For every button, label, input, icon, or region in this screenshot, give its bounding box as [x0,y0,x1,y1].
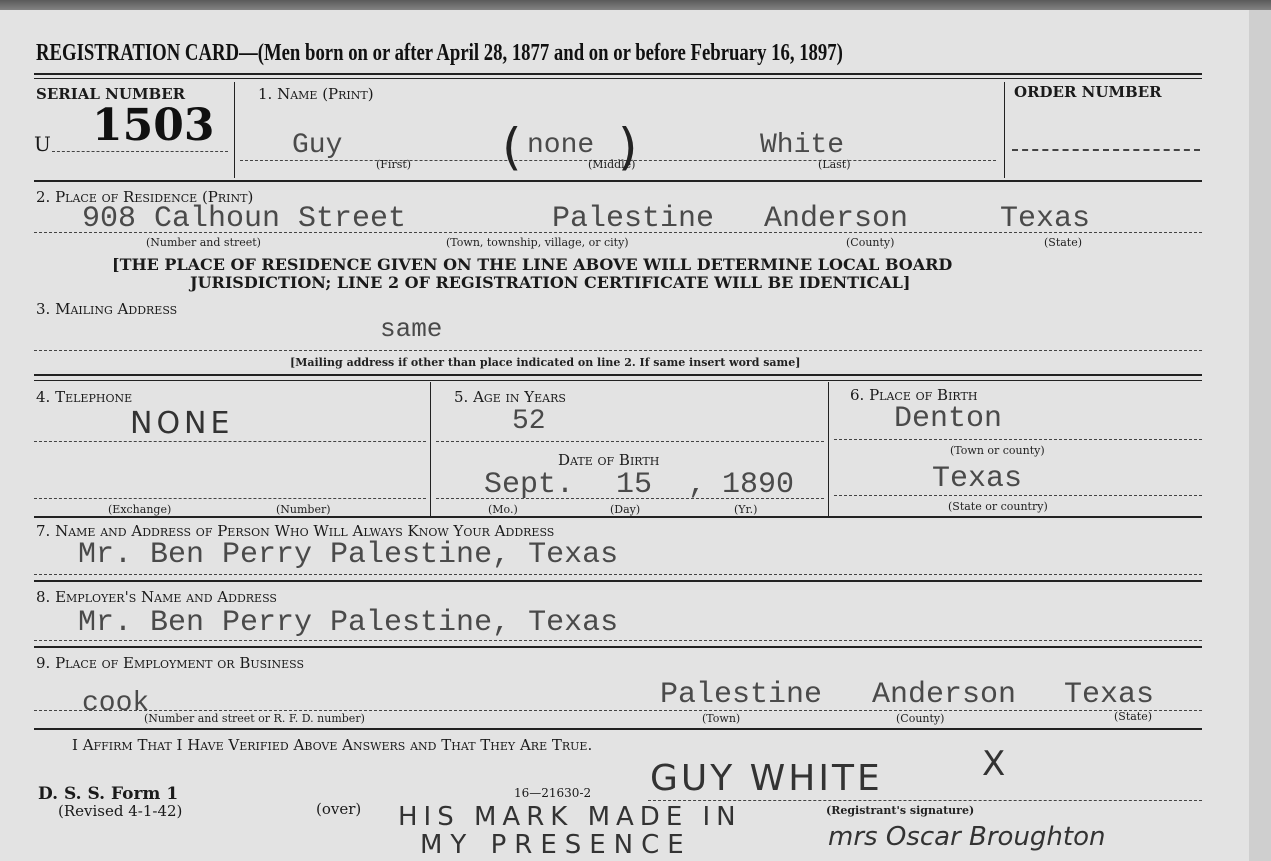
form-revised: (Revised 4-1-42) [58,802,182,820]
witness-note-line1: HIS MARK MADE IN [398,802,742,832]
order-number-label: ORDER NUMBER [1014,83,1162,101]
section-rule [34,646,1202,648]
registrant-signature: GUY WHITE [650,758,883,799]
telephone-line-2 [34,498,426,499]
birthplace-state-value: Texas [932,462,1022,496]
contact-value: Mr. Ben Perry Palestine, Texas [78,538,618,572]
middle-paren-open: ( [502,118,522,176]
birthplace-line [834,439,1202,440]
employment-street-caption: (Number and street or R. F. D. number) [144,712,365,725]
residence-street-value: 908 Calhoun Street [82,202,406,236]
telephone-line [34,441,426,442]
employment-county-caption: (County) [896,712,944,725]
contact-line [34,574,1202,575]
employment-county-value: Anderson [872,678,1016,712]
mailing-caption: [Mailing address if other than place ind… [290,356,800,369]
over-note: (over) [316,800,361,818]
serial-prefix: U [34,132,51,156]
signature-caption: (Registrant's signature) [826,804,974,817]
card-title: REGISTRATION CARD—(Men born on or after … [36,40,843,67]
employment-state-value: Texas [1064,678,1154,712]
section-rule [34,516,1202,518]
affirmation-text: I Affirm That I Have Verified Above Answ… [72,736,592,754]
name-label: 1. Name (Print) [258,85,374,103]
witness-note-line2: MY PRESENCE [420,830,692,860]
employer-value: Mr. Ben Perry Palestine, Texas [78,606,618,640]
county-caption: (County) [846,236,894,249]
last-name-caption: (Last) [818,158,851,171]
employment-line [34,710,1202,711]
section-rule [34,728,1202,730]
title-rule [34,73,1202,75]
witness-signature: mrs Oscar Broughton [828,822,1106,852]
town-caption: (Town, township, village, or city) [446,236,629,249]
print-code: 16—21630-2 [514,786,591,800]
serial-line [52,151,228,152]
dob-separator: , [688,468,706,502]
number-caption: (Number) [276,503,331,516]
divider [1004,82,1005,178]
divider [430,382,431,518]
employer-line [34,640,1202,641]
middle-name-caption: (Middle) [588,158,635,171]
dob-year-value: 1890 [722,468,794,502]
mailing-line [34,350,1202,351]
age-line [436,441,824,442]
employment-town-caption: (Town) [702,712,740,725]
card-right-edge [1249,10,1271,861]
mailing-address-value: same [380,314,442,344]
street-caption: (Number and street) [146,236,261,249]
age-label: 5. Age in Years [454,388,566,406]
divider [234,82,235,178]
age-value: 52 [512,406,546,437]
mailing-address-label: 3. Mailing Address [36,300,177,318]
month-caption: (Mo.) [488,503,518,516]
birthplace-state-caption: (State or country) [948,500,1048,513]
birthplace-town-caption: (Town or county) [950,444,1045,457]
year-caption: (Yr.) [734,503,757,516]
birthplace-state-line [834,495,1202,496]
registrant-mark: X [982,744,1005,784]
serial-number-value: 1503 [92,100,214,151]
last-name-value: White [760,130,844,161]
divider [828,382,829,518]
middle-name-value: none [527,130,594,161]
employment-label: 9. Place of Employment or Business [36,654,304,672]
first-name-caption: (First) [376,158,411,171]
order-number-field [1012,149,1200,151]
telephone-label: 4. Telephone [36,388,132,406]
signature-line [648,800,1202,801]
employer-label: 8. Employer's Name and Address [36,588,277,606]
residence-state-value: Texas [1000,202,1090,236]
form-name: D. S. S. Form 1 [38,784,178,804]
first-name-value: Guy [292,130,342,161]
birthplace-town-value: Denton [894,402,1002,436]
residence-county-value: Anderson [764,202,908,236]
section-rule [34,580,1202,582]
registration-card: REGISTRATION CARD—(Men born on or after … [0,10,1271,861]
section-rule [34,180,1202,182]
employment-town-value: Palestine [660,678,822,712]
dob-day-value: 15 [616,468,652,502]
employment-state-caption: (State) [1114,710,1152,723]
day-caption: (Day) [610,503,640,516]
residence-notice-line1: [THE PLACE OF RESIDENCE GIVEN ON THE LIN… [112,255,952,274]
employment-street-value: cook [82,688,149,719]
section-rule-2 [34,380,1202,381]
title-rule-2 [34,78,1202,79]
dob-month-value: Sept. [484,468,574,502]
section-rule [34,374,1202,376]
residence-town-value: Palestine [552,202,714,236]
exchange-caption: (Exchange) [108,503,171,516]
dob-label: Date of Birth [558,451,659,469]
telephone-value: NONE [130,406,233,441]
state-caption: (State) [1044,236,1082,249]
residence-notice-line2: JURISDICTION; LINE 2 OF REGISTRATION CER… [190,273,910,292]
